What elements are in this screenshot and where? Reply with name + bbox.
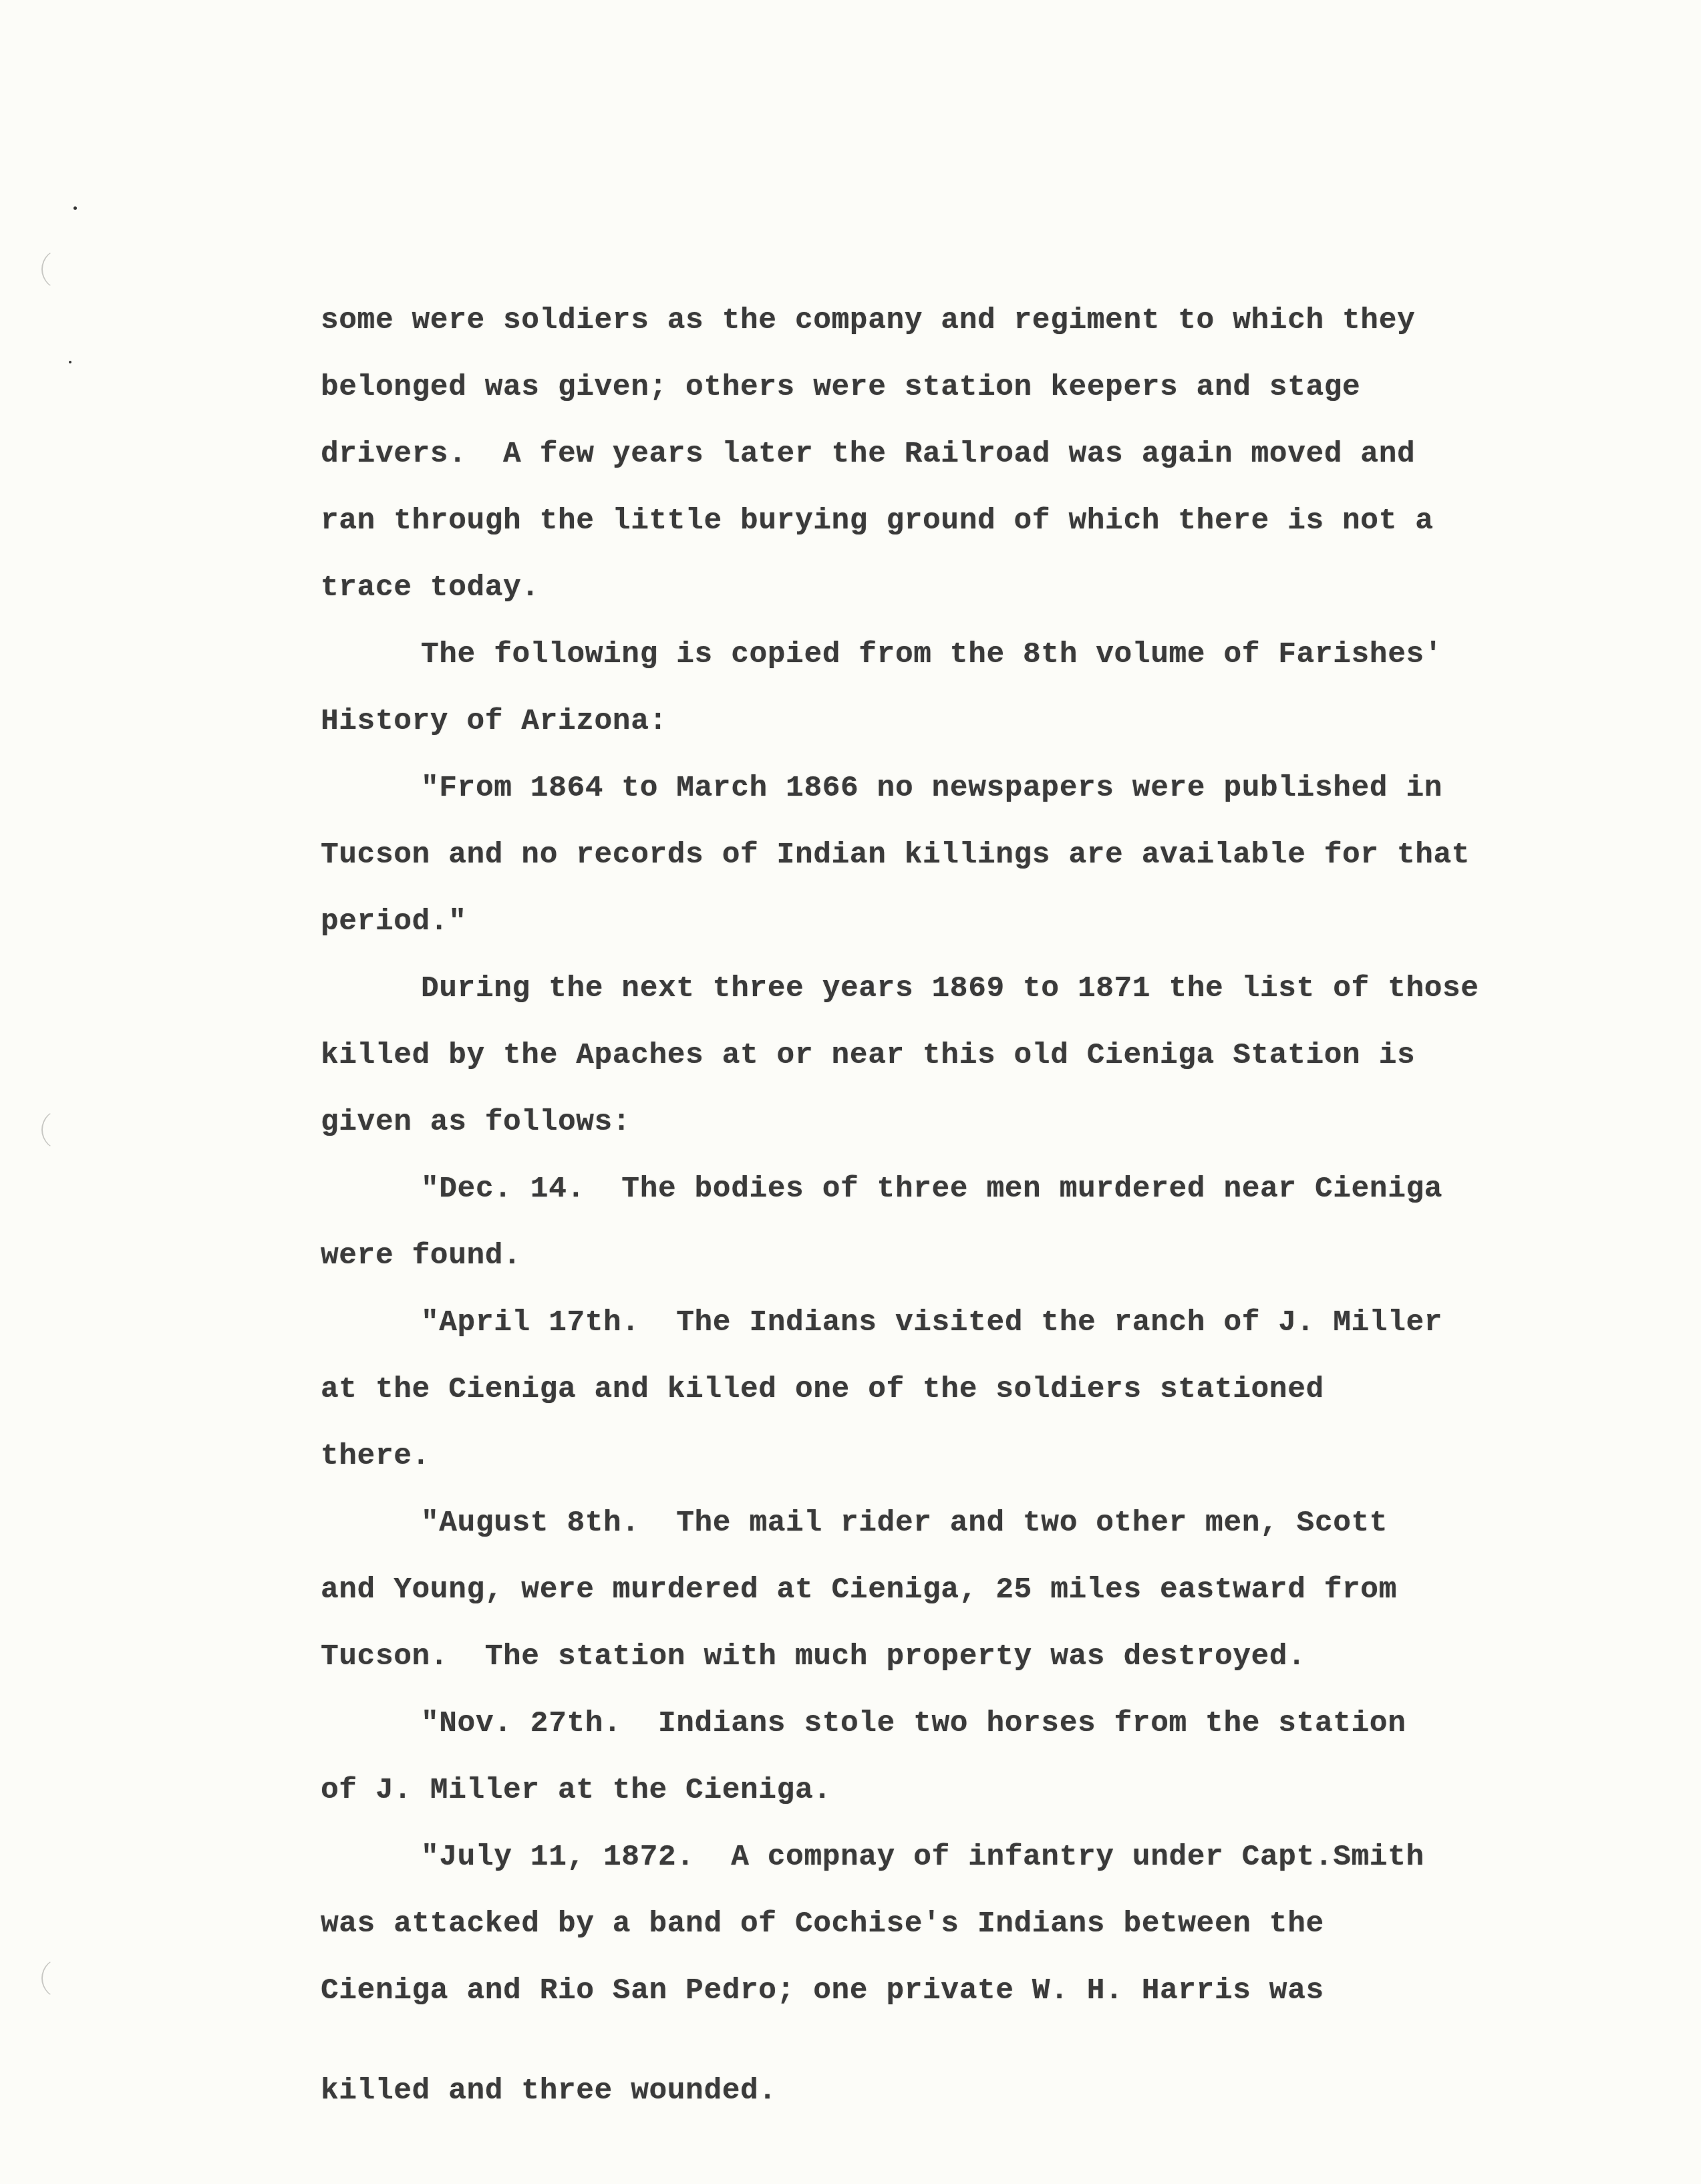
text-line: were found. xyxy=(321,1223,1590,1289)
text-line: The following is copied from the 8th vol… xyxy=(321,621,1590,688)
text-line: given as follows: xyxy=(321,1089,1590,1156)
paragraph-gap xyxy=(321,2024,1590,2058)
text-line: period." xyxy=(321,889,1590,955)
text-line: there. xyxy=(321,1423,1590,1490)
paragraph: killed and three wounded. xyxy=(321,2058,1590,2125)
text-line: "April 17th. The Indians visited the ran… xyxy=(321,1289,1590,1356)
text-line: trace today. xyxy=(321,555,1590,621)
text-line: History of Arizona: xyxy=(321,688,1590,755)
text-line: Cieniga and Rio San Pedro; one private W… xyxy=(321,1958,1590,2024)
paragraph: "July 11, 1872. A compnay of infantry un… xyxy=(321,1824,1590,2024)
text-line: at the Cieniga and killed one of the sol… xyxy=(321,1356,1590,1423)
typewritten-page: some were soldiers as the company and re… xyxy=(0,0,1701,2184)
text-line: and Young, were murdered at Cieniga, 25 … xyxy=(321,1557,1590,1623)
text-line: drivers. A few years later the Railroad … xyxy=(321,421,1590,488)
document-body: some were soldiers as the company and re… xyxy=(321,287,1590,2125)
paragraph: "Dec. 14. The bodies of three men murder… xyxy=(321,1156,1590,1289)
punch-hole-mark xyxy=(41,249,84,290)
text-line: Tucson. The station with much property w… xyxy=(321,1623,1590,1690)
paragraph: "April 17th. The Indians visited the ran… xyxy=(321,1289,1590,1490)
paragraph: "Nov. 27th. Indians stole two horses fro… xyxy=(321,1690,1590,1824)
text-line: killed by the Apaches at or near this ol… xyxy=(321,1022,1590,1089)
punch-hole-mark xyxy=(41,1109,84,1150)
punch-hole-mark xyxy=(41,1958,84,1999)
text-line: belonged was given; others were station … xyxy=(321,354,1590,421)
text-line: Tucson and no records of Indian killings… xyxy=(321,822,1590,889)
text-line: some were soldiers as the company and re… xyxy=(321,287,1590,354)
text-line: "Nov. 27th. Indians stole two horses fro… xyxy=(321,1690,1590,1757)
text-line: "From 1864 to March 1866 no newspapers w… xyxy=(321,755,1590,822)
paragraph: The following is copied from the 8th vol… xyxy=(321,621,1590,755)
paragraph: "August 8th. The mail rider and two othe… xyxy=(321,1490,1590,1690)
text-line: "Dec. 14. The bodies of three men murder… xyxy=(321,1156,1590,1223)
text-line: of J. Miller at the Cieniga. xyxy=(321,1757,1590,1824)
ink-speck xyxy=(73,206,77,210)
text-line: "August 8th. The mail rider and two othe… xyxy=(321,1490,1590,1557)
ink-speck xyxy=(69,361,71,363)
text-line: "July 11, 1872. A compnay of infantry un… xyxy=(321,1824,1590,1891)
text-line: killed and three wounded. xyxy=(321,2058,1590,2125)
text-line: was attacked by a band of Cochise's Indi… xyxy=(321,1891,1590,1958)
text-line: ran through the little burying ground of… xyxy=(321,488,1590,555)
text-line: During the next three years 1869 to 1871… xyxy=(321,955,1590,1022)
paragraph: "From 1864 to March 1866 no newspapers w… xyxy=(321,755,1590,955)
paragraph: During the next three years 1869 to 1871… xyxy=(321,955,1590,1156)
paragraph: some were soldiers as the company and re… xyxy=(321,287,1590,621)
